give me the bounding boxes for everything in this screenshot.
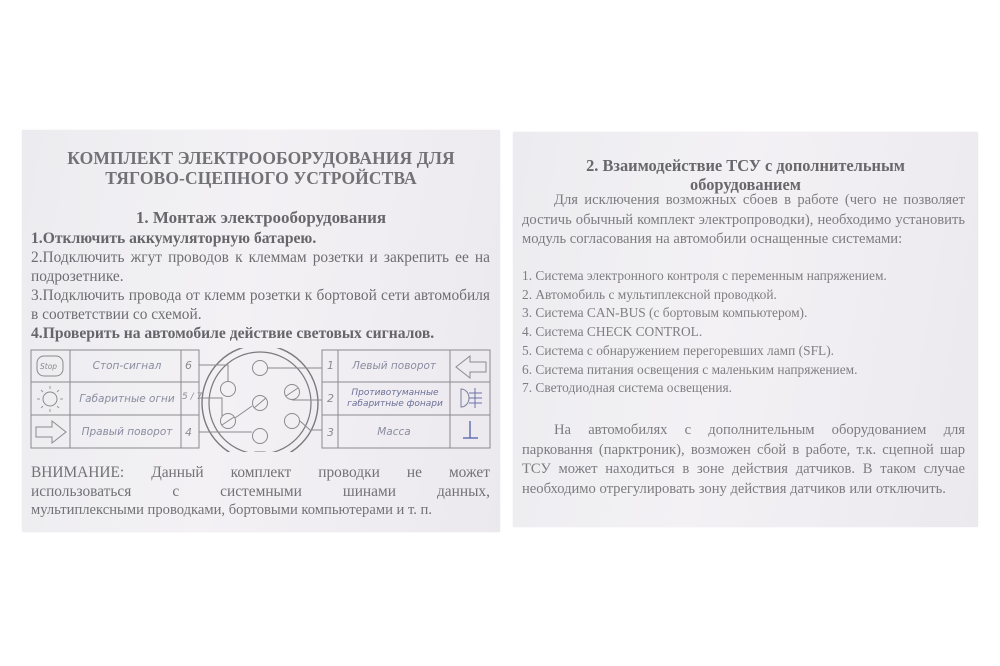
intro-text: Для исключения возможных сбоев в работе … bbox=[522, 192, 965, 247]
warning-line-1: ВНИМАНИЕ: Данный комплект проводки не мо… bbox=[31, 463, 490, 482]
warning-word: Данный bbox=[151, 463, 203, 482]
step-1: 1.Отключить аккумуляторную батарею. bbox=[31, 229, 490, 248]
heading-line-1: 2. Взаимодействие ТСУ с дополнительным bbox=[513, 156, 978, 175]
warning-word: шинами bbox=[343, 482, 396, 501]
pin-label-1: 1 bbox=[327, 359, 334, 372]
fog-light-icon bbox=[458, 388, 484, 410]
list-item: 6. Система питания освещения с маленьким… bbox=[522, 361, 887, 380]
connector-socket-icon bbox=[202, 345, 318, 461]
step-3: 3.Подключить провода от клемм розетки к … bbox=[31, 286, 490, 324]
warning-word: проводки bbox=[318, 463, 380, 482]
intro-paragraph: Для исключения возможных сбоев в работе … bbox=[522, 191, 965, 250]
label-fog-lights-line1: Противотуманные bbox=[340, 388, 450, 398]
label-left-turn: Левый поворот bbox=[340, 361, 448, 372]
warning-word: ВНИМАНИЕ: bbox=[31, 463, 124, 482]
pin-label-4: 4 bbox=[185, 426, 192, 439]
warning-line-2: использоваться с системными шинами данны… bbox=[31, 482, 490, 501]
pin-label-5-7: 5 / 7 bbox=[182, 392, 202, 402]
warning-word: не bbox=[407, 463, 422, 482]
label-parking-lights: Габаритные огни bbox=[74, 394, 180, 405]
instruction-card-left: КОМПЛЕКТ ЭЛЕКТРООБОРУДОВАНИЯ ДЛЯ ТЯГОВО-… bbox=[22, 130, 500, 532]
wiring-diagram: Stop Стоп-сигнал Габаритные огни Правый … bbox=[30, 348, 492, 452]
warning-word: системными bbox=[220, 482, 302, 501]
pin-label-3: 3 bbox=[327, 426, 334, 439]
label-right-turn: Правый поворот bbox=[78, 427, 176, 438]
warning-word: мультиплексными проводками, бортовыми ко… bbox=[31, 501, 432, 520]
arrow-left-icon bbox=[454, 356, 488, 378]
label-ground: Масса bbox=[340, 427, 448, 438]
closing-text: На автомобилях с дополнительным оборудов… bbox=[522, 422, 965, 497]
warning-word: с bbox=[172, 482, 179, 501]
pin-label-2: 2 bbox=[327, 392, 334, 405]
warning-word: комплект bbox=[231, 463, 292, 482]
list-item: 2. Автомобиль с мультиплексной проводкой… bbox=[522, 286, 887, 305]
closing-paragraph: На автомобилях с дополнительным оборудов… bbox=[522, 421, 965, 499]
systems-list: 1. Система электронного контроля с перем… bbox=[522, 267, 887, 398]
list-item: 1. Система электронного контроля с перем… bbox=[522, 267, 887, 286]
warning-line-3: мультиплексными проводками, бортовыми ко… bbox=[31, 501, 490, 520]
step-2: 2.Подключить жгут проводов к клеммам роз… bbox=[31, 248, 490, 286]
list-item: 7. Светодиодная система освещения. bbox=[522, 379, 887, 398]
warning-word: использоваться bbox=[31, 482, 131, 501]
list-item: 4. Система CHECK CONTROL. bbox=[522, 323, 887, 342]
warning-word: может bbox=[449, 463, 490, 482]
section-heading-installation: 1. Монтаж электрооборудования bbox=[22, 208, 500, 227]
warning-note: ВНИМАНИЕ: Данный комплект проводки не мо… bbox=[31, 463, 490, 520]
label-stop-signal: Стоп-сигнал bbox=[78, 361, 176, 372]
arrow-right-icon bbox=[35, 421, 67, 443]
step-4: 4.Проверить на автомобиле действие свето… bbox=[31, 324, 490, 343]
instruction-card-right: 2. Взаимодействие ТСУ с дополнительным о… bbox=[513, 132, 978, 527]
warning-word: данных, bbox=[437, 482, 490, 501]
ground-icon bbox=[460, 420, 480, 440]
title-line-2: ТЯГОВО-СЦЕПНОГО УСТРОЙСТВА bbox=[22, 168, 500, 188]
section-heading-interaction: 2. Взаимодействие ТСУ с дополнительным о… bbox=[513, 156, 978, 194]
document-title: КОМПЛЕКТ ЭЛЕКТРООБОРУДОВАНИЯ ДЛЯ ТЯГОВО-… bbox=[22, 148, 500, 188]
sun-icon bbox=[38, 386, 64, 412]
list-item: 3. Система CAN-BUS (с бортовым компьютер… bbox=[522, 304, 887, 323]
list-item: 5. Система с обнаружением перегоревших л… bbox=[522, 342, 887, 361]
label-fog-lights-line2: габаритные фонари bbox=[340, 399, 450, 409]
pin-label-6: 6 bbox=[185, 359, 192, 372]
stop-icon: Stop bbox=[40, 361, 57, 372]
title-line-1: КОМПЛЕКТ ЭЛЕКТРООБОРУДОВАНИЯ ДЛЯ bbox=[22, 148, 500, 168]
